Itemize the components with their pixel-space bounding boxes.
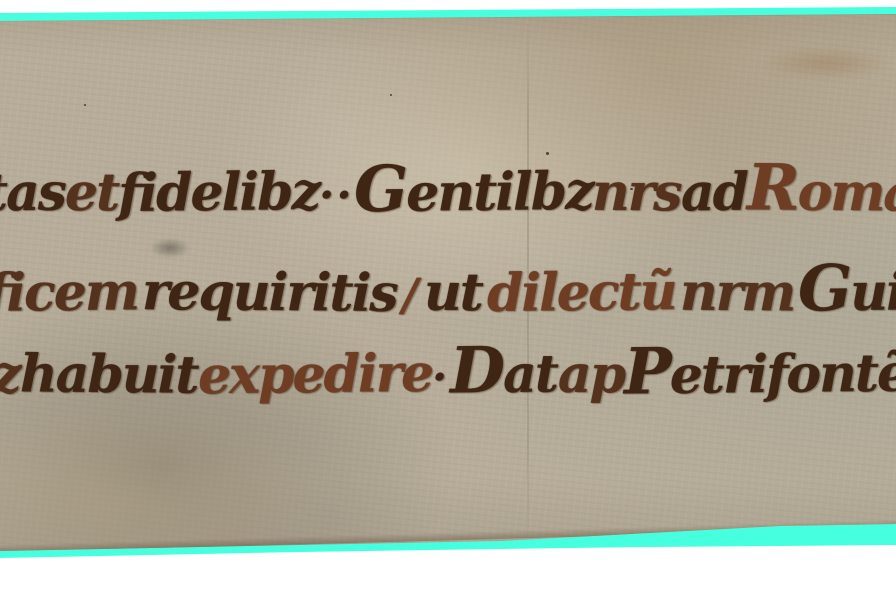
manuscript-word: nrm [679, 262, 794, 324]
parchment-fragment: tas et fidelibz ·· Gentilbz nrs ad Romag… [0, 0, 896, 598]
ink-speck [84, 104, 86, 106]
manuscript-word: Gui [798, 249, 896, 325]
manuscript-word: expedire [198, 343, 433, 406]
manuscript-line-1: tas et fidelibz ·· Gentilbz nrs ad Romag [0, 150, 896, 228]
ink-speck [390, 94, 392, 96]
manuscript-word: nrs [592, 162, 681, 224]
manuscript-word: ut [424, 262, 482, 323]
brown-smudge [762, 46, 892, 80]
manuscript-word: Gentilbz [353, 149, 592, 226]
manuscript-word: habuit [20, 343, 198, 405]
manuscript-line-2: ficem requiritis / ut dilectũ nrm Gui [0, 250, 896, 328]
manuscript-word: requiritis [142, 261, 397, 324]
manuscript-word: ad [681, 162, 748, 224]
manuscript-line-3: z habuit expedire · Dat ap Petrifontẽ [0, 332, 896, 410]
manuscript-word: tas [0, 162, 65, 224]
manuscript-word: fidelibz [118, 161, 320, 224]
scanned-page: tas et fidelibz ·· Gentilbz nrs ad Romag… [0, 0, 896, 598]
punctuation-slash: / [401, 269, 420, 321]
manuscript-word: et [65, 162, 119, 223]
manuscript-word: Dat [450, 331, 558, 407]
manuscript-word: dilectũ [486, 261, 675, 324]
punctuation-dot: · [432, 351, 450, 403]
punctuation-dots: ·· [319, 169, 354, 221]
manuscript-word: ap [557, 344, 623, 405]
manuscript-word: z [0, 344, 20, 405]
manuscript-word: Romag [747, 149, 896, 225]
manuscript-word: ficem [0, 261, 138, 324]
manuscript-word: Petrifontẽ [624, 331, 896, 409]
